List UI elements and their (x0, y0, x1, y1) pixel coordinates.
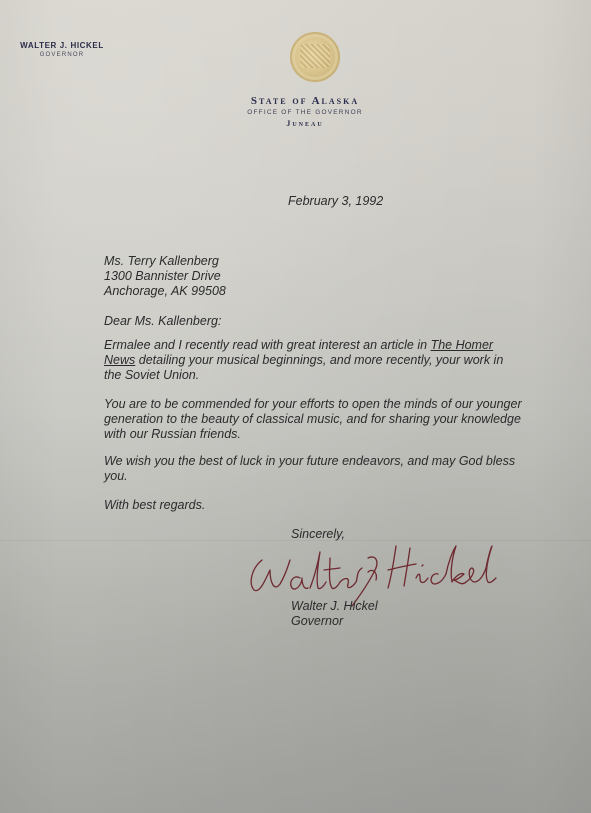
letterhead-city: Juneau (205, 119, 405, 128)
sender-name: WALTER J. HICKEL (12, 41, 112, 50)
letterhead: State of Alaska OFFICE OF THE GOVERNOR J… (205, 95, 405, 128)
letterhead-state: State of Alaska (205, 95, 405, 107)
letterhead-office: OFFICE OF THE GOVERNOR (205, 109, 405, 116)
paragraph-2: You are to be commended for your efforts… (104, 397, 524, 442)
letter-date: February 3, 1992 (288, 194, 383, 209)
salutation: Dear Ms. Kallenberg: (104, 314, 221, 329)
state-seal-icon (290, 32, 340, 82)
closing: With best regards. (104, 498, 205, 513)
recipient-name: Ms. Terry Kallenberg (104, 254, 226, 269)
recipient-city: Anchorage, AK 99508 (104, 284, 226, 299)
paragraph-1: Ermalee and I recently read with great i… (104, 338, 524, 383)
paragraph-1-start: Ermalee and I recently read with great i… (104, 338, 431, 352)
recipient-address: Ms. Terry Kallenberg 1300 Bannister Driv… (104, 254, 226, 299)
recipient-street: 1300 Bannister Drive (104, 269, 226, 284)
paragraph-3: We wish you the best of luck in your fut… (104, 454, 524, 484)
handwritten-signature (240, 538, 500, 608)
signer-title: Governor (291, 614, 343, 629)
paragraph-1-end: detailing your musical beginnings, and m… (104, 353, 503, 382)
sender-block: WALTER J. HICKEL GOVERNOR (12, 41, 112, 58)
sender-title: GOVERNOR (12, 52, 112, 58)
signature-icon (240, 538, 500, 608)
signer-name: Walter J. Hickel (291, 599, 378, 614)
